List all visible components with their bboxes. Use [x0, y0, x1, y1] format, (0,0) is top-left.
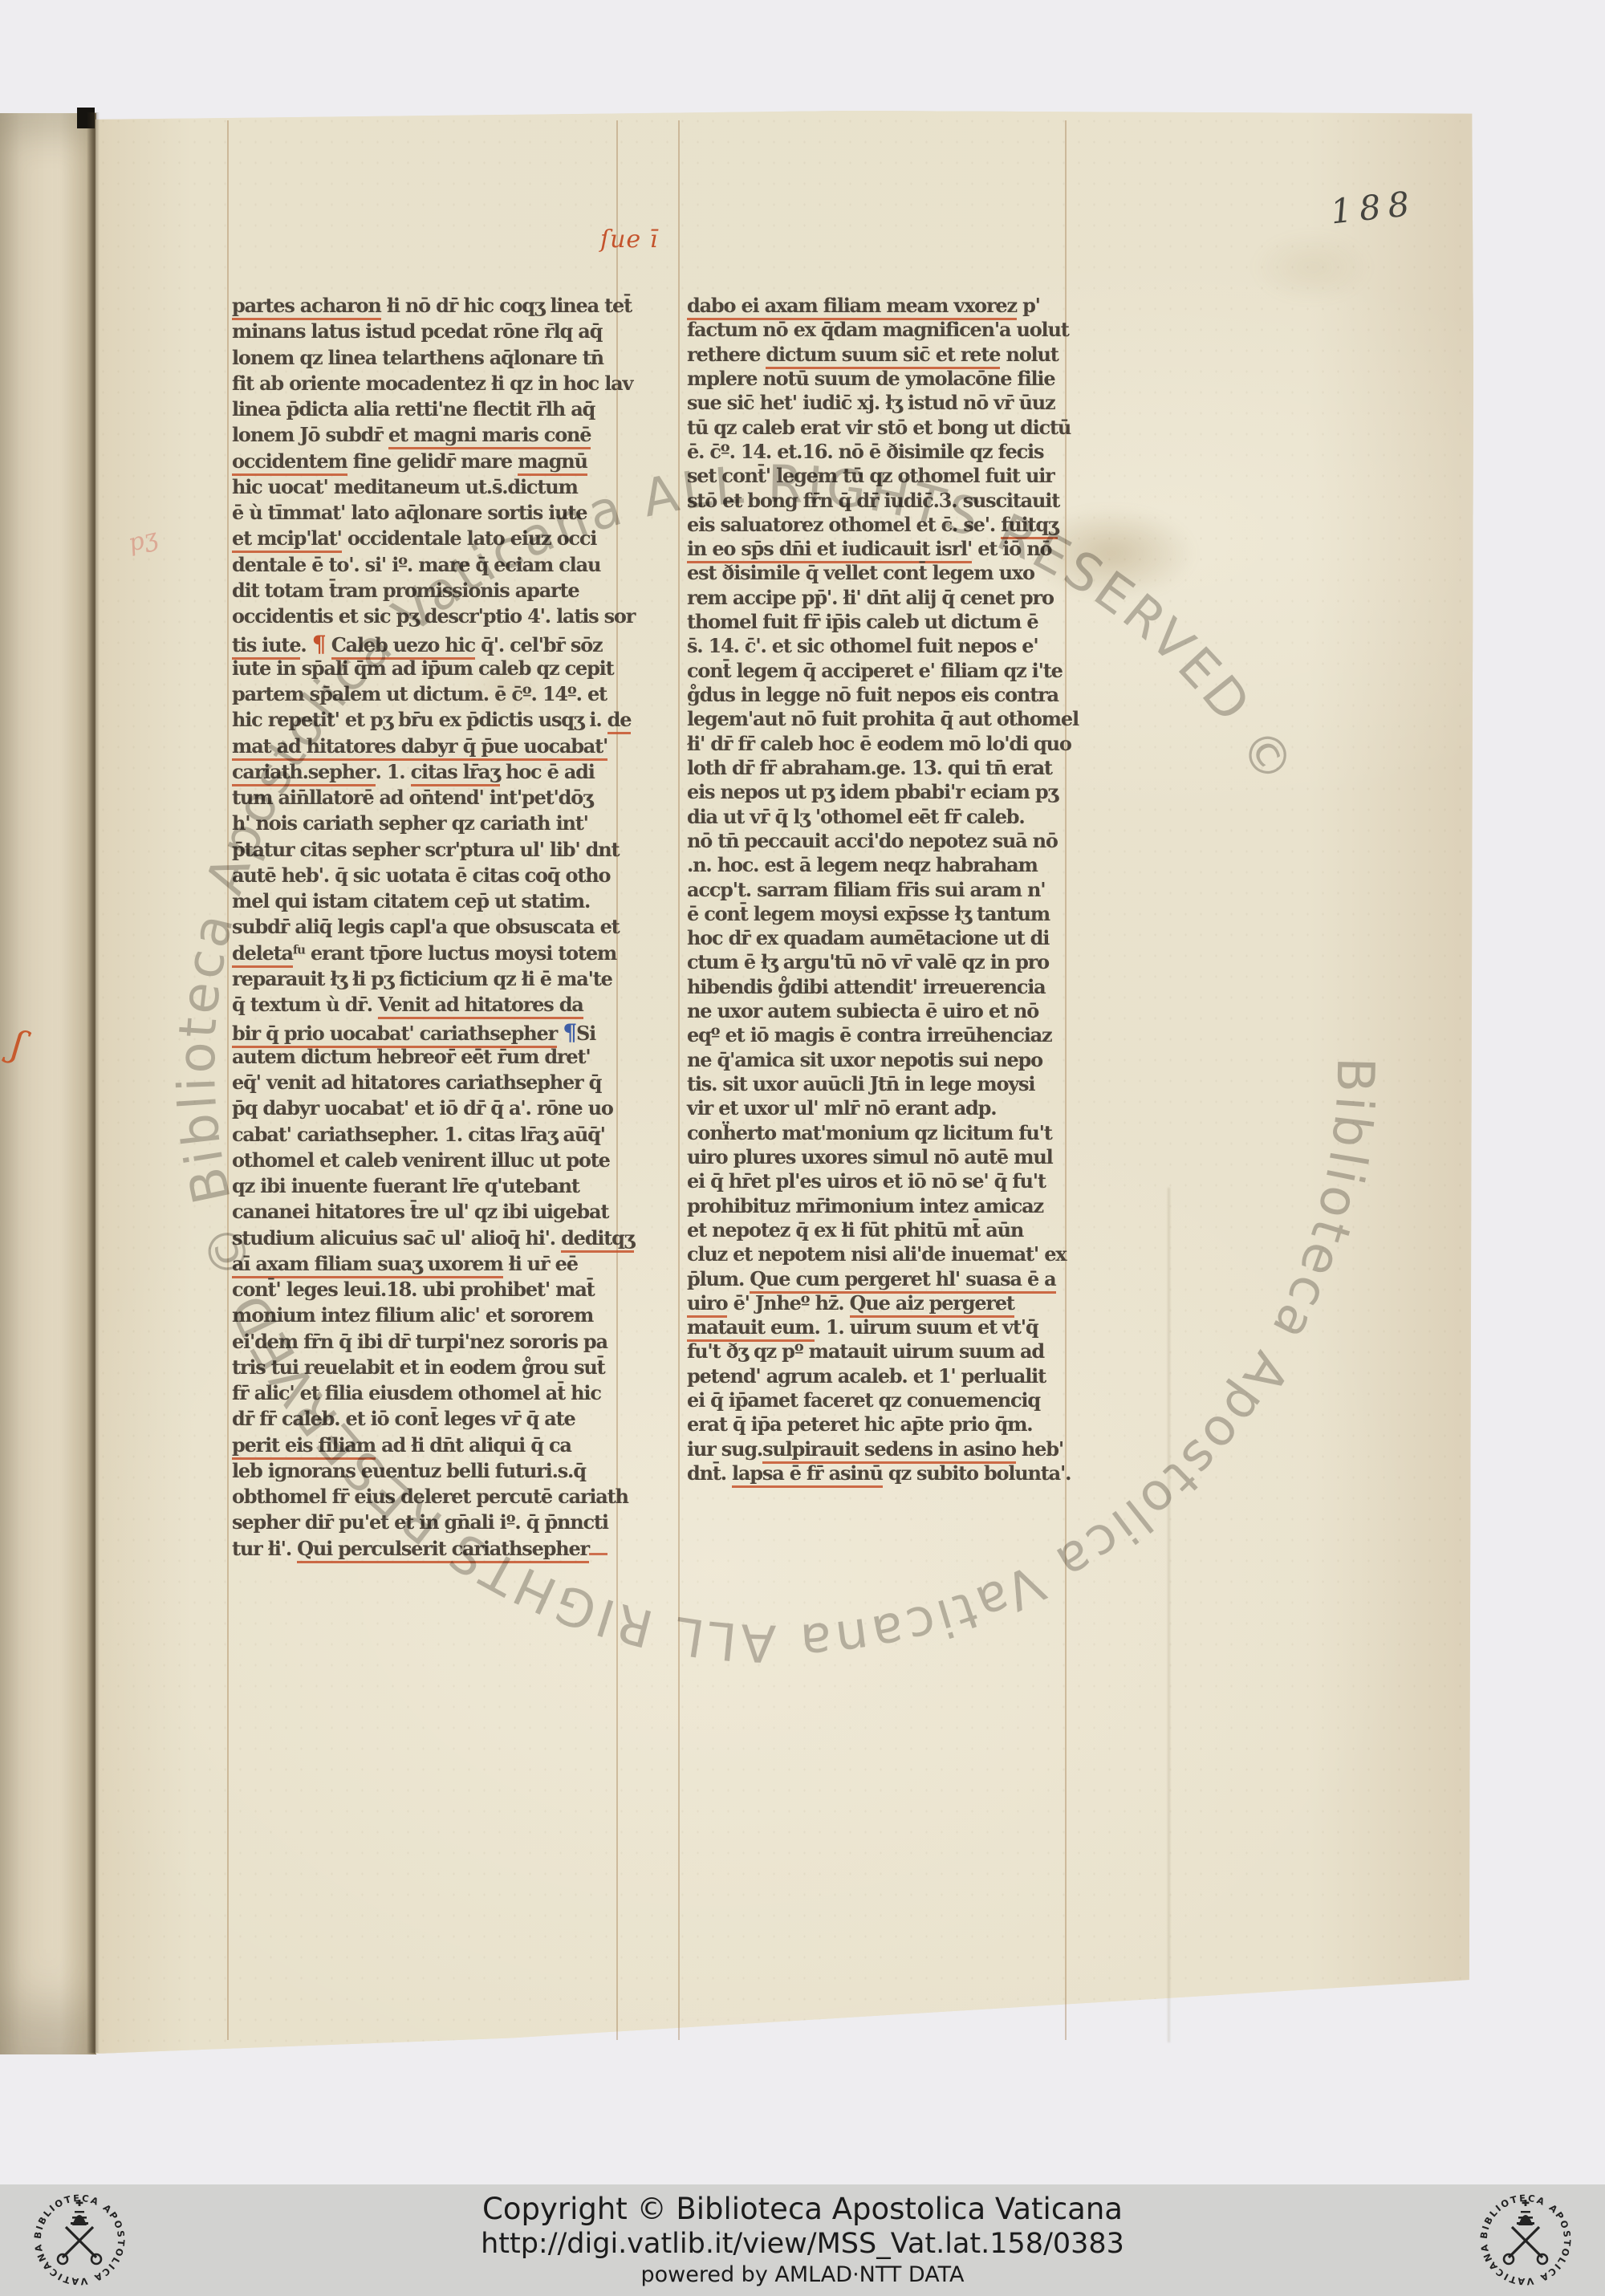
manuscript-line: ei q̄ hr̄et pl'es uiros et iō nō se' q̄ …	[687, 1169, 1061, 1193]
manuscript-line: dia ut vr̄ q̄ lʒ 'othomel eēt fr̄ caleb.	[687, 805, 1061, 829]
red-underlined-phrase: sulpirauit sedens in asino	[762, 1437, 1016, 1464]
red-underlined-phrase: deditqʒ	[561, 1226, 634, 1253]
red-underlined-phrase: dictum suum sic̄ et rete	[766, 343, 1000, 369]
manuscript-line: g̊dus in legge nō fuit nepos eis contra	[687, 683, 1061, 707]
manuscript-line: tis iute. ¶ Caleb uezo hic q̄'. cel'br̄ …	[232, 630, 607, 656]
red-underlined-phrase: et magni maris conē	[388, 423, 591, 449]
red-underlined-phrase: occidentem	[232, 449, 347, 476]
manuscript-line: perit eis filiam ad łi dn̄t aliqui q̄ ca	[232, 1433, 607, 1459]
manuscript-line: ē cont̄ legem moysi exp̄sse łʒ tantum	[687, 902, 1061, 926]
vatican-library-seal-icon: BIBLIOTECA APOSTOLICA VATICANA	[1477, 2190, 1575, 2288]
gutter-fold-shadow	[87, 112, 100, 2053]
red-underlined-phrase: lapsa ē fr̄ asinū	[732, 1461, 883, 1488]
manuscript-line: h' nois cariath sepher qz cariath int'	[232, 811, 607, 837]
red-paragraph-mark: ¶	[312, 630, 326, 657]
manuscript-line: petend' agrum acaleb. et 1' perlualit	[687, 1364, 1061, 1388]
manuscript-line: lonem Jō subdr̄ et magni maris conē	[232, 423, 607, 449]
manuscript-line: qz ibi inuente fuerant lr̄e q'utebant	[232, 1174, 607, 1200]
manuscript-line: lonem qz linea telarthens aq̄lonare tn̄	[232, 346, 607, 372]
manuscript-line: accp't. sarram filiam fr̄is sui aram n'	[687, 878, 1061, 902]
manuscript-line: hic uocat' meditaneum ut.s̄.dictum	[232, 475, 607, 501]
manuscript-line: prohibituz mr̄imonium intez amicaz	[687, 1194, 1061, 1218]
manuscript-line: eis saluatorez othomel et c̄. se'. fuitq…	[687, 513, 1061, 537]
footer-powered-by-text: powered by AMLAD·NTT DATA	[640, 2261, 964, 2290]
manuscript-line: nō tn̄ peccauit acci'do nepotez suā nō	[687, 829, 1061, 853]
manuscript-line: mplere notū suum de ymolacōne filie	[687, 367, 1061, 391]
blue-paragraph-mark: ¶	[563, 1018, 576, 1046]
manuscript-line: autem dictum hebreor̄ eēt r̄um dret'	[232, 1045, 607, 1071]
manuscript-line: loth dr̄ fr̄ abraham.ge. 13. qui tn̄ era…	[687, 756, 1061, 780]
manuscript-line: ctum ē łʒ argu'tū nō vr̄ valē qz in pro	[687, 950, 1061, 974]
red-underlined-phrase: matauit eum	[687, 1315, 815, 1342]
manuscript-line: tum ain̄llatorē ad on̄tend' int'pet'dōʒ	[232, 786, 607, 811]
vatican-library-seal-icon: BIBLIOTECA APOSTOLICA VATICANA	[30, 2190, 128, 2288]
manuscript-line: leb ignorans euentuz belli futuri.s.q̄	[232, 1459, 607, 1485]
manuscript-line: occidentem fine gelidr̄ mare magnū	[232, 449, 607, 475]
manuscript-line: s̄. 14. c̄'. et sic othomel fuit nepos e…	[687, 634, 1061, 658]
manuscript-line: uiro ē' Jnheº hz̄. Que aiz pergeret	[687, 1291, 1061, 1315]
manuscript-line: iute in sp̄ali q̄m ad ip̄um caleb qz cep…	[232, 656, 607, 682]
manuscript-line: dentale ē to'. si' iº. mare q̄ eciam cla…	[232, 553, 607, 579]
manuscript-line: cabat' cariathsepher. 1. citas lr̄aʒ aūq…	[232, 1123, 607, 1148]
manuscript-line: cont̄' leges leui.18. ubi prohibet' mat̄	[232, 1278, 607, 1303]
manuscript-line: tur łi'. Qui perculserit cariathsepher	[232, 1537, 607, 1562]
red-underlined-phrase: uiro	[687, 1291, 727, 1318]
manuscript-line: subdr̄ aliq̄ legis capl'a que obsuscata …	[232, 915, 607, 941]
red-underlined-phrase: Que aiz pergeret	[850, 1291, 1014, 1318]
red-underlined-phrase: Qui perculserit cariathsepher	[297, 1537, 589, 1563]
manuscript-line: monium intez filium alic' et sororem	[232, 1303, 607, 1329]
manuscript-line: hibendis g̊dibi attendit' irreuerencia	[687, 975, 1061, 999]
manuscript-line: mel qui istam citatem cep̄ ut statim.	[232, 889, 607, 915]
red-underlined-phrase: cariath.sepher	[232, 760, 376, 786]
manuscript-line: othomel et caleb venirent illuc ut pote	[232, 1148, 607, 1174]
manuscript-line: fr̄ alic' et filia eiusdem othomel at̄ h…	[232, 1381, 607, 1407]
manuscript-line: ne uxor autem subiecta ē uiro et nō	[687, 999, 1061, 1023]
manuscript-line: thomel fuit fr̄ ip̄is caleb ut dictum ē	[687, 610, 1061, 634]
manuscript-line: et nepotez q̄ ex łi fūt phitū mt̄ aūn	[687, 1218, 1061, 1242]
red-underlined-phrase: fuitqʒ	[1001, 513, 1058, 539]
manuscript-line: rem accipe pp̄'. łi' dn̄t alij q̄ cenet …	[687, 586, 1061, 610]
red-underlined-phrase: dabo ei axam filiam meam vxorez	[687, 294, 1017, 320]
manuscript-line: uiro plures uxores simul nō autē mul	[687, 1145, 1061, 1169]
ruling-line-col2-right	[1065, 120, 1067, 2040]
manuscript-line: iur sug.sulpirauit sedens in asino heb'	[687, 1437, 1061, 1461]
red-underline-extension	[589, 1553, 607, 1555]
red-underlined-phrase: in eo sp̄s dn̄i et iudicauit isrl'	[687, 537, 972, 563]
parchment-crease	[1168, 1188, 1170, 2042]
manuscript-line: q̄ textum ù dr̄. Venit ad hitatores da	[232, 993, 607, 1018]
red-underlined-phrase: Venit ad hitatores da	[378, 993, 583, 1019]
manuscript-line: dabo ei axam filiam meam vxorez p'	[687, 294, 1061, 318]
manuscript-line: tis. sit uxor auūcli Jtn̄ in lege moysi	[687, 1072, 1061, 1096]
manuscript-line: occidentis et sic pʒ descr'ptio 4'. lati…	[232, 604, 607, 630]
manuscript-line: p̄q dabyr uocabat' et iō dr̄ q̄ a'. rōne…	[232, 1096, 607, 1122]
manuscript-line: set cont̄' legem tū qz othomel fuit uir	[687, 464, 1061, 488]
manuscript-line: ē ù tīmmat' lato aq̄lonare sortis iute	[232, 501, 607, 526]
manuscript-line: erat q̄ ip̄a peteret hic ap̄te prio q̄m.	[687, 1412, 1061, 1437]
manuscript-column-left: partes acharon łi nō dr̄ hic coqʒ linea …	[232, 294, 607, 1562]
red-underlined-phrase: citas lr̄aʒ	[411, 760, 500, 786]
manuscript-line: dnt̄. lapsa ē fr̄ asinū qz subito bolunt…	[687, 1461, 1061, 1485]
footer-bar: Copyright © Biblioteca Apostolica Vatica…	[0, 2184, 1605, 2296]
manuscript-line: in eo sp̄s dn̄i et iudicauit isrl' et iō…	[687, 537, 1061, 561]
manuscript-line: ē. c̄º. 14. et.16. nō ē ðisimile qz feci…	[687, 440, 1061, 464]
manuscript-line: tū qz caleb erat vir stō et bong ut dict…	[687, 416, 1061, 440]
manuscript-line: dit totam t̄ram promissionis aparte	[232, 579, 607, 604]
manuscript-line: p̄tatur citas sepher scr'ptura ul' lib' …	[232, 838, 607, 864]
manuscript-line: fu't ðʒ qz pº matauit uirum suum ad	[687, 1339, 1061, 1363]
manuscript-line: autē heb'. q̄ sic uotata ē citas coq̄ ot…	[232, 864, 607, 889]
red-underlined-phrase: deleta	[232, 941, 293, 968]
red-underlined-phrase: perit eis filiam	[232, 1433, 376, 1460]
manuscript-line: reparauit łʒ łi pʒ ficticium qz łi ē ma'…	[232, 967, 607, 993]
manuscript-line: łi' dr̄ fr̄ caleb hoc ē eodem mō lo'di q…	[687, 732, 1061, 756]
manuscript-line: cananei hitatores t̄re ul' qz ibi uigeba…	[232, 1200, 607, 1225]
manuscript-line: .n. hoc. est ā legem neqz habraham	[687, 853, 1061, 877]
manuscript-line: partem sp̄alem ut dictum. ē c̄º. 14º. et	[232, 682, 607, 708]
manuscript-line: partes acharon łi nō dr̄ hic coqʒ linea …	[232, 294, 607, 319]
manuscript-line: hoc dr̄ ex quadam aumētacione ut di	[687, 926, 1061, 950]
manuscript-line: cariath.sepher. 1. citas lr̄aʒ hoc ē adi	[232, 760, 607, 786]
manuscript-line: est ðisimile q̄ vellet cont̄ legem uxo	[687, 561, 1061, 585]
manuscript-line: legem'aut nō fuit prohita q̄ aut othomel	[687, 707, 1061, 731]
manuscript-line: cont̄ legem q̄ acciperet e' filiam qz i'…	[687, 659, 1061, 683]
ruling-line-col2-left	[678, 120, 680, 2040]
manuscript-line: rethere dictum suum sic̄ et rete nolut	[687, 343, 1061, 367]
footer-source-url: http://digi.vatlib.it/view/MSS_Vat.lat.1…	[481, 2227, 1124, 2261]
manuscript-line: conḧerto mat'monium qz licitum fu't	[687, 1121, 1061, 1145]
gutter-facing-page-edge	[0, 113, 96, 2054]
manuscript-line: minans latus istud pcedat rōne r̄lq aq̄	[232, 319, 607, 345]
manuscript-line: sue sic̄ het' iudic̄ xj. łʒ istud nō vr̄…	[687, 391, 1061, 415]
manuscript-line: ei'dem fr̄n q̄ ibi dr̄ turpi'nez sororis…	[232, 1330, 607, 1355]
manuscript-line: fit ab oriente mocadentez łi qz in hoc l…	[232, 372, 607, 397]
red-running-header-mark: ſue ī	[600, 226, 658, 254]
ruling-line-col1-right	[616, 120, 618, 2040]
red-underlined-phrase: partes acharon	[232, 294, 381, 320]
footer-copyright-text: Copyright © Biblioteca Apostolica Vatica…	[482, 2192, 1123, 2227]
red-underlined-phrase: magnū	[518, 449, 587, 476]
manuscript-line: cluz et nepotem nisi ali'de inuemat' ex	[687, 1242, 1061, 1266]
manuscript-line: deletafu erant tp̄ore luctus moysi totem	[232, 941, 607, 967]
crossed-keys-icon	[58, 2227, 101, 2264]
manuscript-line: eq̄' venit ad hitatores cariathsepher q̄	[232, 1071, 607, 1096]
red-underlined-phrase: et mcip'lat'	[232, 526, 342, 553]
manuscript-line: sepher dir̄ pu'et et in gn̄ali iº. q̄ p̄…	[232, 1510, 607, 1536]
crossed-keys-icon	[1504, 2227, 1547, 2264]
manuscript-line: studium alicuius sac̄ ul' alioq̄ hi'. de…	[232, 1226, 607, 1252]
manuscript-line: mat ad hitatores dabyr q̄ p̄ue uocabat'	[232, 734, 607, 760]
manuscript-line: vir et uxor ul' mlr̄ nō erant adp.	[687, 1096, 1061, 1120]
ruling-line-col1-left	[227, 120, 229, 2040]
manuscript-line: hic repetit' et pʒ br̄u ex p̄dictis usqʒ…	[232, 708, 607, 734]
red-underlined-phrase: de	[607, 708, 632, 734]
red-underlined-phrase: mat ad hitatores dabyr q̄ p̄ue uocabat'	[232, 734, 607, 761]
manuscript-line: bir q̄ prio uocabat' cariathsepher ¶Si	[232, 1018, 607, 1044]
manuscript-line: eqº et iō magis ē contra irreūhenciaz	[687, 1023, 1061, 1047]
manuscript-line: et mcip'lat' occidentale lato eiuz occi	[232, 526, 607, 552]
red-underlined-phrase: Que cum pergeret hl' suasa ē a	[750, 1267, 1055, 1294]
manuscript-scan-photo: ſue ī 188 pʒ ʃ partes acharon łi nō dr̄ …	[0, 0, 1605, 2296]
parchment-stain	[1252, 231, 1372, 303]
manuscript-line: p̄lum. Que cum pergeret hl' suasa ē a	[687, 1267, 1061, 1291]
manuscript-line: dr̄ fr̄ caleb. et iō cont̄ leges vr̄ q̄ …	[232, 1407, 607, 1432]
manuscript-line: aī axam filiam suaʒ uxorem łi ur̄ eē	[232, 1252, 607, 1278]
manuscript-line: factum nō ex q̄dam magnificen'a uolut	[687, 318, 1061, 342]
manuscript-line: ne q̄'amica sit uxor nepotis sui nepo	[687, 1048, 1061, 1072]
manuscript-line: matauit eum. 1. uirum suum et vt'q̄	[687, 1315, 1061, 1339]
manuscript-line: tris tui reuelabit et in eodem g̊rou sut…	[232, 1355, 607, 1381]
manuscript-line: eis nepos ut pʒ idem pbabi'r eciam pʒ	[687, 780, 1061, 804]
manuscript-column-right: dabo ei axam filiam meam vxorez p'factum…	[687, 294, 1061, 1485]
red-underlined-phrase: aī axam filiam suaʒ uxorem	[232, 1252, 503, 1278]
manuscript-line: stō et bong fr̄n q̄ dr̄ iudic̄.3. suscit…	[687, 489, 1061, 513]
manuscript-line: ei q̄ ip̄amet faceret qz conuemenciq	[687, 1388, 1061, 1412]
manuscript-line: obthomel fr̄ eius deleret percutē cariat…	[232, 1485, 607, 1510]
manuscript-line: linea p̄dicta alia retti'ne flectit r̄lh…	[232, 397, 607, 423]
